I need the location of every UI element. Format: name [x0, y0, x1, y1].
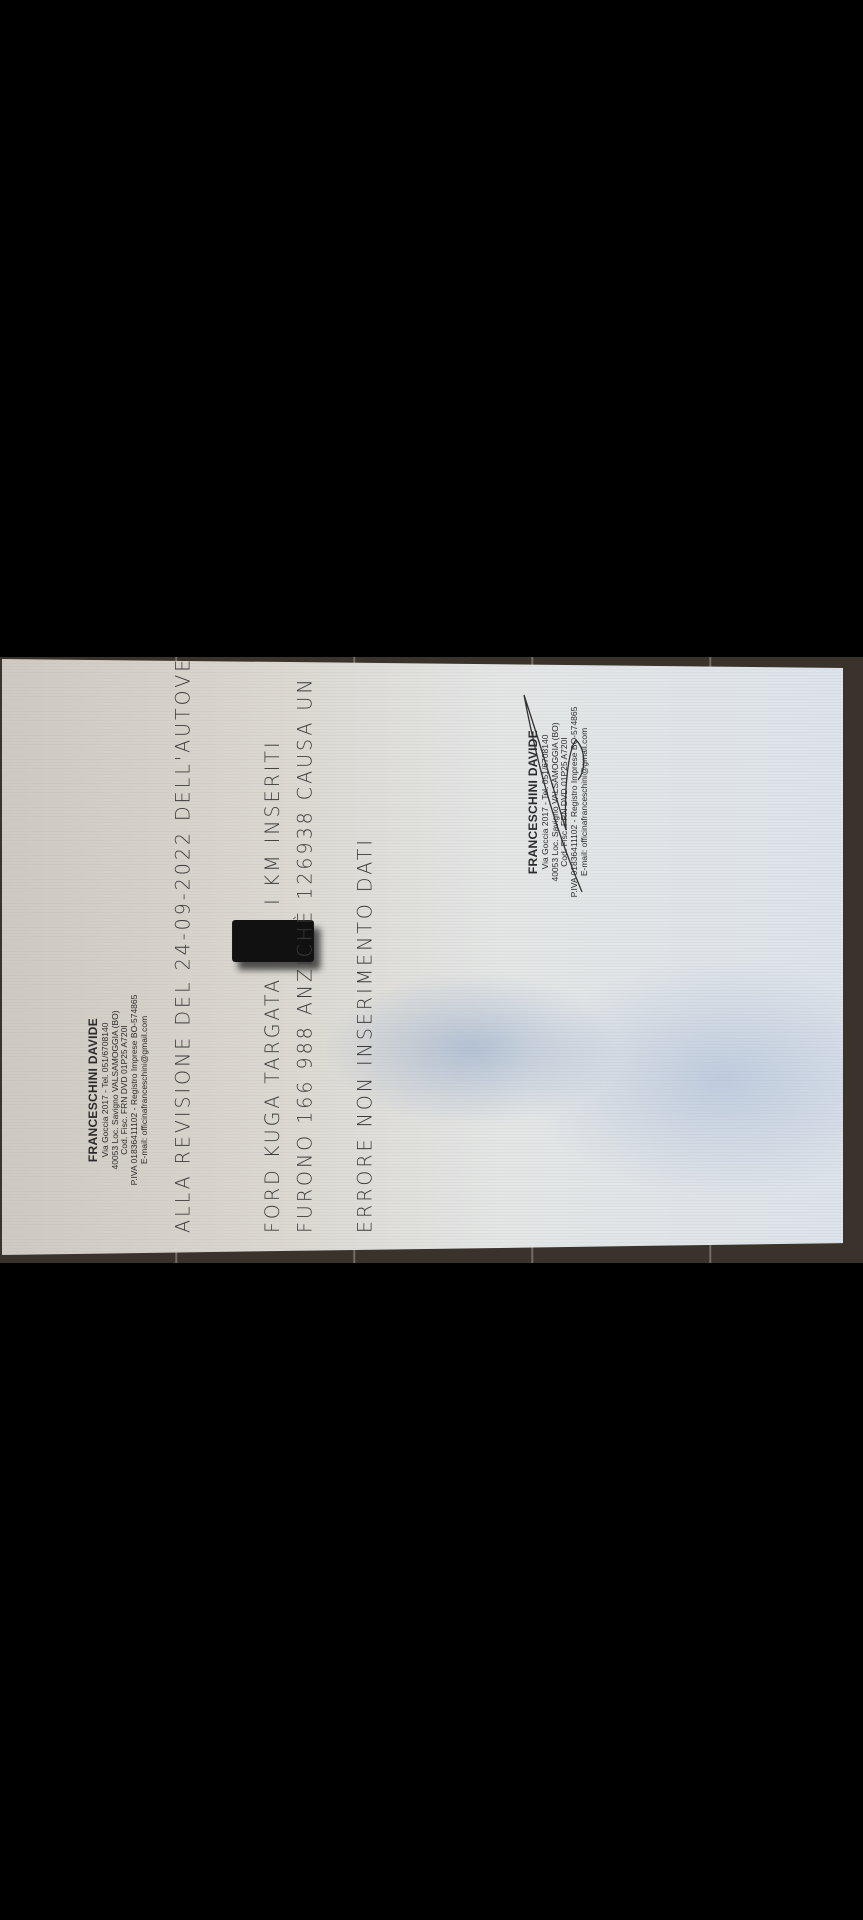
- handwritten-line-2-start: FORD KUGA TARGATA: [261, 977, 284, 1233]
- document-photo[interactable]: FRANCESCHINI DAVIDE Via Goccia 2017 - Te…: [2, 659, 843, 1255]
- handwritten-line-3: FURONO 166 988 ANZICHÈ 126938 CAUSA UN: [293, 676, 316, 1233]
- signature-stamp: FRANCESCHINI DAVIDE Via Goccia 2017 - Te…: [527, 697, 590, 907]
- image-viewer: FRANCESCHINI DAVIDE Via Goccia 2017 - Te…: [0, 0, 863, 1920]
- handwritten-line-2-end: I KM INSERITI: [261, 739, 284, 904]
- stamp-company-name: FRANCESCHINI DAVIDE: [527, 697, 541, 907]
- stamp-email: E-mail: officinafranceschini@gmail.com: [580, 697, 590, 907]
- stamp-company-name: FRANCESCHINI DAVIDE: [87, 985, 101, 1195]
- stamp-email: E-mail: officinafranceschini@gmail.com: [140, 985, 150, 1195]
- handwritten-line-1: ALLA REVISIONE DEL 24-09-2022 DELL'AUTOV…: [171, 659, 194, 1233]
- header-stamp: FRANCESCHINI DAVIDE Via Goccia 2017 - Te…: [87, 985, 150, 1195]
- document-sheet: FRANCESCHINI DAVIDE Via Goccia 2017 - Te…: [2, 659, 843, 1255]
- handwritten-line-4: ERRORE NON INSERIMENTO DATI: [353, 837, 376, 1233]
